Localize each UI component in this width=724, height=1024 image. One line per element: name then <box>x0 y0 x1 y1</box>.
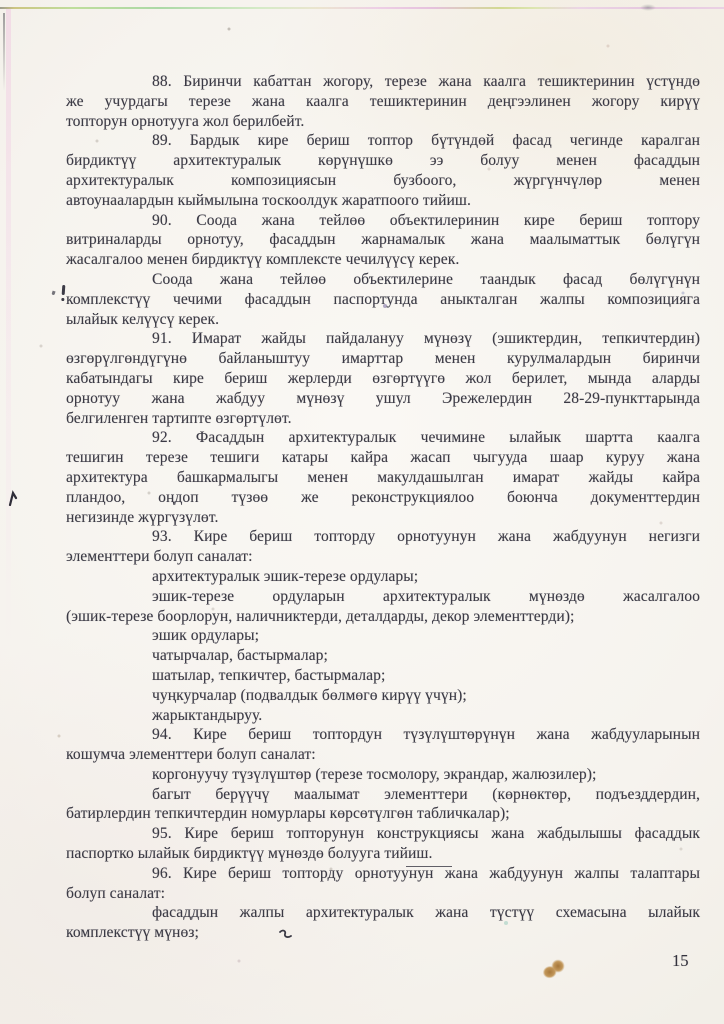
list-94-item-2: багыт берүүчү маалымат элементтери (көрн… <box>66 785 700 825</box>
text-line: коргонуучу түзүлүштөр (терезе тосмолору,… <box>66 765 700 785</box>
text-line: жарыктандыруу. <box>66 706 700 726</box>
text-line: автоунаалардын кыймылына тоскоолдук жара… <box>66 191 700 211</box>
scanned-document-page: 88. Биринчи кабаттан жогору, терезе жана… <box>0 0 724 1024</box>
list-93-item-2: эшик-терезе ордуларын архитектуралык мүн… <box>66 587 700 627</box>
text-line: же учурдагы терезе жана каалга тешиктери… <box>66 92 700 112</box>
text-line: тешигин терезе тешиги катары кайра жасап… <box>66 448 700 468</box>
pen-squiggle-mark <box>278 927 294 939</box>
text-line: болуп саналат: <box>66 884 700 904</box>
list-93-item-5: шатылар, тепкичтер, бастырмалар; <box>66 666 700 686</box>
underline-artifact <box>406 866 452 867</box>
paragraph-90-continued: Соода жана тейлөө объектилерине таандык … <box>66 270 700 329</box>
paragraph-94: 94. Кире бериш топтордун түзүлүштөрүнүн … <box>66 725 700 765</box>
paper-speckles <box>0 0 2 2</box>
list-96-item-1: фасаддын жалпы архитектуралык жана түстү… <box>66 903 700 943</box>
text-line: пландоо, оңдоп түзөө же реконструкциялоо… <box>66 488 700 508</box>
text-line: паспортко ылайык бирдиктүү мүнөздө болуу… <box>66 844 700 864</box>
text-line: кабатындагы кире бериш жерлерди өзгөртүү… <box>66 369 700 389</box>
text-line: 95. Кире бериш топторунун конструкциясы … <box>66 824 700 844</box>
margin-ink-mark <box>7 490 19 506</box>
paragraph-89: 89. Бардык кире бериш топтор бүтүндөй фа… <box>66 131 700 210</box>
text-line: 89. Бардык кире бериш топтор бүтүндөй фа… <box>66 131 700 151</box>
text-line: 96. Кире бериш топторду орнотуунун жана … <box>66 864 700 884</box>
text-line: 88. Биринчи кабаттан жогору, терезе жана… <box>66 72 700 92</box>
paragraph-91: 91. Имарат жайды пайдалануу мүнөзү (эшик… <box>66 329 700 428</box>
list-93-item-1: архитектуралык эшик-терезе ордулары; <box>66 567 700 587</box>
paragraph-92: 92. Фасаддын архитектуралык чечимине ыла… <box>66 428 700 527</box>
scanner-edge-line <box>0 7 724 9</box>
text-line: топторун орнотууга жол берилбейт. <box>66 112 700 132</box>
list-93-item-7: жарыктандыруу. <box>66 706 700 726</box>
text-line: батирлердин тепкичтердин номурлары көрсө… <box>66 804 700 824</box>
text-line: ылайык келүүсү керек. <box>66 310 700 330</box>
text-line: чатырчалар, бастырмалар; <box>66 646 700 666</box>
text-line: (эшик-терезе боорлорун, наличниктерди, д… <box>66 607 700 627</box>
text-line: 90. Соода жана тейлөө объектилеринин кир… <box>66 211 700 231</box>
text-line: комплекстүү чечими фасаддын паспортунда … <box>66 290 700 310</box>
text-line: өзгөрүлгөндүгүнө байланыштуу имарттар ме… <box>66 349 700 369</box>
scanner-smudge <box>640 4 656 11</box>
text-line: эшик-терезе ордуларын архитектуралык мүн… <box>66 587 700 607</box>
text-line: 91. Имарат жайды пайдалануу мүнөзү (эшик… <box>66 329 700 349</box>
text-line: негизинде жүргүзүлөт. <box>66 508 700 528</box>
text-line: эшик ордулары; <box>66 626 700 646</box>
list-94-item-1: коргонуучу түзүлүштөр (терезе тосмолору,… <box>66 765 700 785</box>
paragraph-96: 96. Кире бериш топторду орнотуунун жана … <box>66 864 700 904</box>
text-line: Соода жана тейлөө объектилерине таандык … <box>66 270 700 290</box>
paragraph-88: 88. Биринчи кабаттан жогору, терезе жана… <box>66 72 700 131</box>
list-93-item-3: эшик ордулары; <box>66 626 700 646</box>
text-line: чуңкурчалар (подвалдык бөлмөгө кирүү үчү… <box>66 686 700 706</box>
list-93-item-6: чуңкурчалар (подвалдык бөлмөгө кирүү үчү… <box>66 686 700 706</box>
text-line: бирдиктүү архитектуралык көрүнүшкө ээ бо… <box>66 151 700 171</box>
text-line: комплекстүү мүнөз; <box>66 923 700 943</box>
text-line: 93. Кире бериш топторду орнотуунун жана … <box>66 527 700 547</box>
text-line: багыт берүүчү маалымат элементтери (көрн… <box>66 785 700 805</box>
text-line: архитектуралык эшик-терезе ордулары; <box>66 567 700 587</box>
text-line: 94. Кире бериш топтордун түзүлүштөрүнүн … <box>66 725 700 745</box>
page-number: 15 <box>672 951 689 971</box>
text-block: 88. Биринчи кабаттан жогору, терезе жана… <box>66 72 700 943</box>
text-line: орнотуу жана жабдуу мүнөзү ушул Эрежелер… <box>66 389 700 409</box>
scanner-left-line <box>3 13 5 91</box>
paragraph-90: 90. Соода жана тейлөө объектилеринин кир… <box>66 211 700 270</box>
text-line: 92. Фасаддын архитектуралык чечимине ыла… <box>66 428 700 448</box>
paragraph-93: 93. Кире бериш топторду орнотуунун жана … <box>66 527 700 567</box>
scanner-left-tint <box>6 9 11 649</box>
text-line: белгиленген тартипте өзгөртүлөт. <box>66 409 700 429</box>
text-line: элементтери болуп саналат: <box>66 547 700 567</box>
text-line: архитектура башкармалыгы менен макулдашы… <box>66 468 700 488</box>
text-line: витриналарды орнотуу, фасаддын жарнамалы… <box>66 230 700 250</box>
text-line: кошумча элементтери болуп саналат: <box>66 745 700 765</box>
text-line: шатылар, тепкичтер, бастырмалар; <box>66 666 700 686</box>
text-line: фасаддын жалпы архитектуралык жана түстү… <box>66 903 700 923</box>
paragraph-95: 95. Кире бериш топторунун конструкциясы … <box>66 824 700 864</box>
paper-stain <box>539 957 569 983</box>
margin-ink-mark <box>62 285 65 295</box>
margin-ink-mark <box>51 291 55 296</box>
text-line: архитектуралык композициясын бузбоого, ж… <box>66 171 700 191</box>
list-93-item-4: чатырчалар, бастырмалар; <box>66 646 700 666</box>
text-line: жасалгалоо менен бирдиктүү комплексте че… <box>66 250 700 270</box>
